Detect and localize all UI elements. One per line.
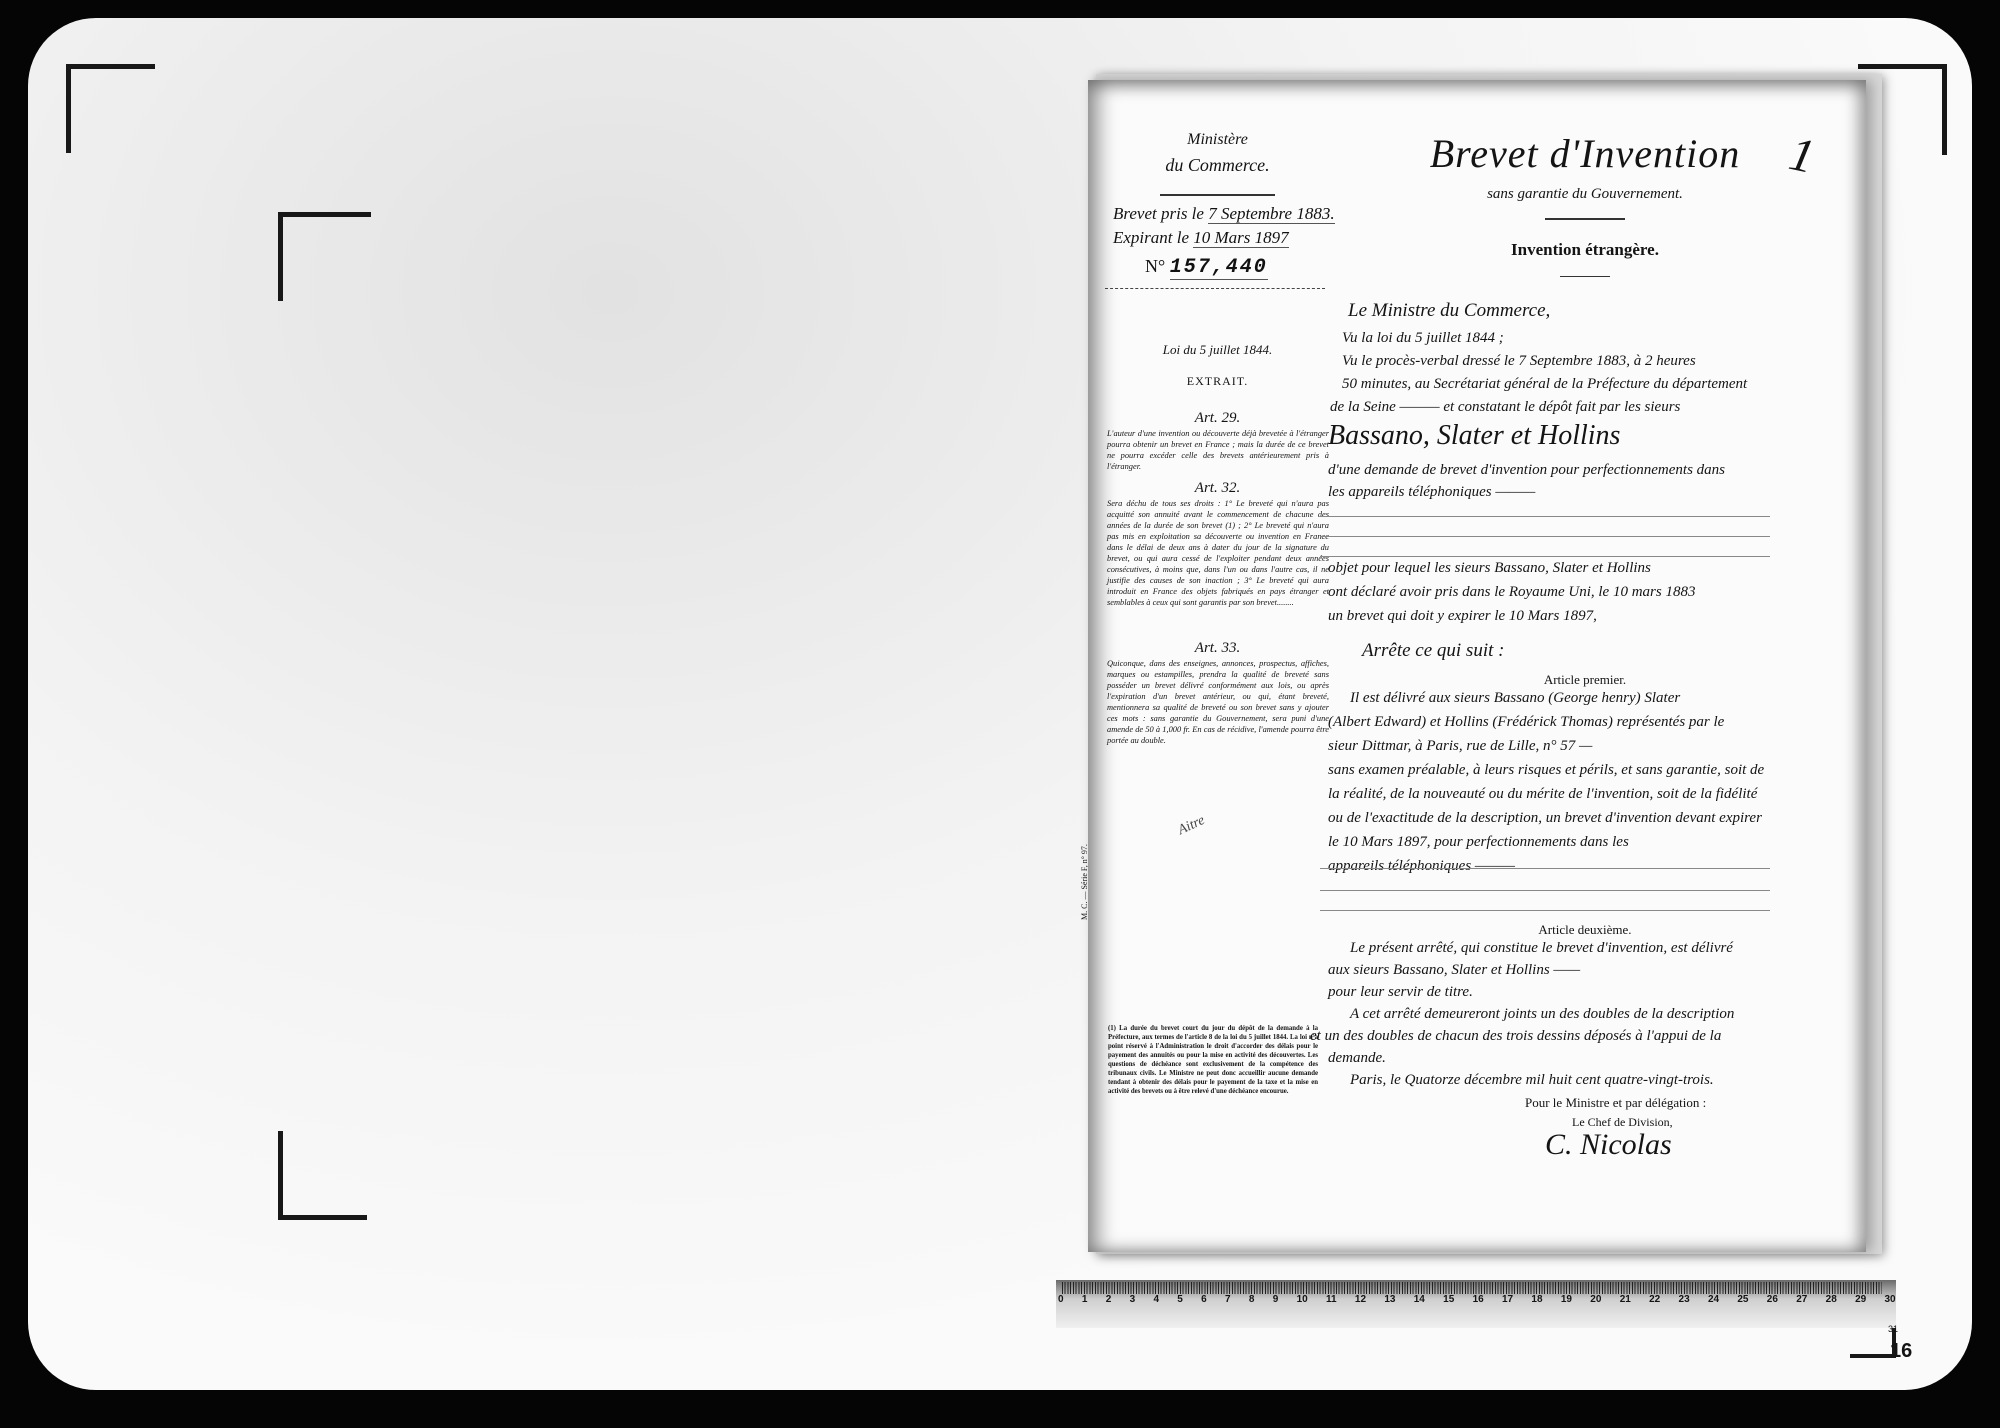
body-line: un brevet qui doit y expirer le 10 Mars … xyxy=(1328,608,1597,625)
body-line: aux sieurs Bassano, Slater et Hollins —— xyxy=(1328,962,1580,979)
body-line: le 10 Mars 1897, pour perfectionnements … xyxy=(1328,834,1629,851)
article-29-text: L'auteur d'une invention ou découverte d… xyxy=(1107,428,1329,472)
body-line: 50 minutes, au Secrétariat général de la… xyxy=(1342,376,1747,393)
blank-line xyxy=(1320,910,1770,911)
body-line: les appareils téléphoniques ——— xyxy=(1328,484,1535,501)
ministry-header: Ministère du Commerce. xyxy=(1095,128,1340,179)
body-line: (Albert Edward) et Hollins (Frédérick Th… xyxy=(1328,714,1724,731)
body-line: A cet arrêté demeureront joints un des d… xyxy=(1350,1006,1734,1023)
crop-mark-bottom-left xyxy=(278,1131,367,1220)
patent-number: N° 157,440 xyxy=(1145,256,1268,279)
brevet-pris-field: Brevet pris le 7 Septembre 1883. xyxy=(1113,204,1335,224)
body-line: d'une demande de brevet d'invention pour… xyxy=(1328,462,1725,479)
article-32-heading: Art. 32. xyxy=(1095,480,1340,497)
body-line: ont déclaré avoir pris dans le Royaume U… xyxy=(1328,584,1695,601)
document-subtitle: sans garantie du Gouvernement. xyxy=(1320,186,1850,203)
opening: Le Ministre du Commerce, xyxy=(1348,300,1550,322)
body-line: Vu la loi du 5 juillet 1844 ; xyxy=(1342,330,1504,347)
article-32-text: Sera déchu de tous ses droits : 1° Le br… xyxy=(1107,498,1329,608)
blank-line xyxy=(1320,516,1770,517)
body-line: la réalité, de la nouveauté ou du mérite… xyxy=(1328,786,1757,803)
body-line: appareils téléphoniques ——— xyxy=(1328,858,1515,875)
blank-line xyxy=(1320,536,1770,537)
arrete-heading: Arrête ce qui suit : xyxy=(1362,640,1504,662)
invention-category: Invention étrangère. xyxy=(1320,240,1850,260)
blank-line xyxy=(1320,868,1770,869)
law-reference: Loi du 5 juillet 1844. xyxy=(1095,342,1340,358)
body-line: pour leur servir de titre. xyxy=(1328,984,1473,1001)
expirant-field: Expirant le 10 Mars 1897 xyxy=(1113,228,1289,248)
body-line: Il est délivré aux sieurs Bassano (Georg… xyxy=(1350,690,1680,707)
extrait-heading: EXTRAIT. xyxy=(1095,374,1340,389)
body-line: objet pour lequel les sieurs Bassano, Sl… xyxy=(1328,560,1651,577)
body-line: et un des doubles de chacun des trois de… xyxy=(1310,1028,1721,1045)
article-deuxieme-heading: Article deuxième. xyxy=(1320,922,1850,938)
body-line: Le présent arrêté, qui constitue le brev… xyxy=(1350,940,1733,957)
divider xyxy=(1105,288,1325,289)
article-33-heading: Art. 33. xyxy=(1095,640,1340,657)
article-29-heading: Art. 29. xyxy=(1095,410,1340,427)
article-premier-heading: Article premier. xyxy=(1320,672,1850,688)
applicants-names: Bassano, Slater et Hollins xyxy=(1328,420,1620,452)
body-line: sieur Dittmar, à Paris, rue de Lille, n°… xyxy=(1328,738,1592,755)
blank-line xyxy=(1320,556,1770,557)
left-margin-column: Ministère du Commerce. Brevet pris le 7 … xyxy=(1095,120,1340,1140)
crop-mark-top-left-inner xyxy=(278,212,371,301)
ruler-side-mark: 31 xyxy=(1888,1324,1898,1334)
date-line: Paris, le Quatorze décembre mil huit cen… xyxy=(1350,1072,1714,1089)
scale-ruler: 0123456789101112131415161718192021222324… xyxy=(1056,1280,1896,1328)
body-line: de la Seine ——— et constatant le dépôt f… xyxy=(1330,399,1680,416)
signature: C. Nicolas xyxy=(1545,1128,1672,1162)
frame-number: 16 xyxy=(1890,1340,1912,1363)
body-line: demande. xyxy=(1328,1050,1386,1067)
divider xyxy=(1560,276,1610,277)
article-33-text: Quiconque, dans des enseignes, annonces,… xyxy=(1107,658,1329,746)
series-mark: M. C. — Série F, n° 97. xyxy=(1080,844,1089,920)
ruler-ticks xyxy=(1062,1282,1882,1294)
body-line: Vu le procès-verbal dressé le 7 Septembr… xyxy=(1342,353,1696,370)
blank-line xyxy=(1320,890,1770,891)
ruler-numbers: 0123456789101112131415161718192021222324… xyxy=(1058,1294,1896,1305)
delegation-line: Pour le Ministre et par délégation : xyxy=(1525,1095,1706,1111)
body-line: ou de l'exactitude de la description, un… xyxy=(1328,810,1762,827)
divider xyxy=(1545,218,1625,220)
crop-mark-top-left-outer xyxy=(66,64,155,153)
document-title: Brevet d'Invention xyxy=(1320,130,1850,177)
divider xyxy=(1160,194,1275,196)
footnote: (1) La durée du brevet court du jour du … xyxy=(1108,1024,1318,1096)
body-line: sans examen préalable, à leurs risques e… xyxy=(1328,762,1764,779)
